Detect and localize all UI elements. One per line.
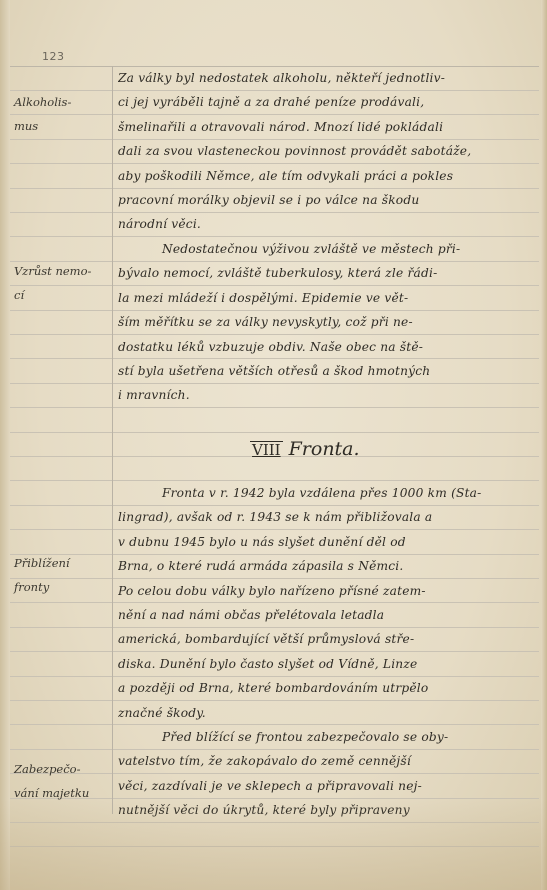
margin-note-disease: Vzrůst nemo- cí: [14, 259, 110, 308]
text-line: vatelstvo tím, že zakopávalo do země cen…: [118, 749, 534, 773]
text-line: dostatku léků vzbuzuje obdiv. Naše obec …: [118, 335, 534, 359]
text-line: pracovní morálky objevil se i po válce n…: [118, 188, 534, 212]
text-line: dali za svou vlasteneckou povinnost prov…: [118, 139, 534, 163]
ruled-line: [10, 432, 539, 433]
margin-note-property-protection: Zabezpečo- vání majetku: [14, 757, 110, 806]
page-number: 123: [42, 50, 65, 63]
margin-note-front-approach: Přiblížení fronty: [14, 551, 110, 600]
book-spine-edge: [0, 0, 10, 890]
margin-note-alcoholism: Alkoholis- mus: [14, 90, 110, 139]
text-line: americká, bombardující větší průmyslová …: [118, 627, 534, 651]
text-line: nění a nad námi občas přelétovala letadl…: [118, 603, 534, 627]
text-line: Nedostatečnou výživou zvláště ve městech…: [118, 237, 534, 261]
text-line: věci, zazdívali je ve sklepech a připrav…: [118, 774, 534, 798]
page-right-edge: [541, 0, 547, 890]
text-line: Brna, o které rudá armáda zápasila s Něm…: [118, 554, 534, 578]
text-line: Za války byl nedostatek alkoholu, někteř…: [118, 66, 534, 90]
text-line: národní věci.: [118, 212, 534, 236]
text-line: Před blížící se frontou zabezpečovalo se…: [118, 725, 534, 749]
chapter-title: Fronta.: [289, 438, 360, 460]
text-line: značné škody.: [118, 701, 534, 725]
text-line: šmelinařili a otravovali národ. Mnozí li…: [118, 115, 534, 139]
page-shadow: [0, 800, 547, 890]
text-line: ci jej vyráběli tajně a za drahé peníze …: [118, 90, 534, 114]
chapter-heading: VIIIFronta.: [250, 438, 360, 460]
text-line: la mezi mládeží i dospělými. Epidemie ve…: [118, 286, 534, 310]
manuscript-page: 123 Alkoholis- mus Vzrůst nemo- cí Přibl…: [0, 0, 547, 890]
text-line: aby poškodili Němce, ale tím odvykali pr…: [118, 164, 534, 188]
text-line: bývalo nemocí, zvláště tuberkulosy, kter…: [118, 261, 534, 285]
paragraph-front: Fronta v r. 1942 byla vzdálena přes 1000…: [118, 481, 534, 725]
text-line: i mravních.: [118, 383, 534, 407]
margin-line: [112, 66, 113, 814]
paragraph-alcohol: Za války byl nedostatek alkoholu, někteř…: [118, 66, 534, 237]
text-line: v dubnu 1945 bylo u nás slyšet dunění dě…: [118, 530, 534, 554]
chapter-numeral: VIII: [250, 441, 283, 458]
text-line: a později od Brna, které bombardováním u…: [118, 676, 534, 700]
text-line: stí byla ušetřena větších otřesů a škod …: [118, 359, 534, 383]
text-line: Po celou dobu války bylo nařízeno přísné…: [118, 579, 534, 603]
paragraph-disease: Nedostatečnou výživou zvláště ve městech…: [118, 237, 534, 408]
text-line: diska. Dunění bylo často slyšet od Vídně…: [118, 652, 534, 676]
text-line: ším měřítku se za války nevyskytly, což …: [118, 310, 534, 334]
text-line: lingrad), avšak od r. 1943 se k nám přib…: [118, 505, 534, 529]
text-line: Fronta v r. 1942 byla vzdálena přes 1000…: [118, 481, 534, 505]
